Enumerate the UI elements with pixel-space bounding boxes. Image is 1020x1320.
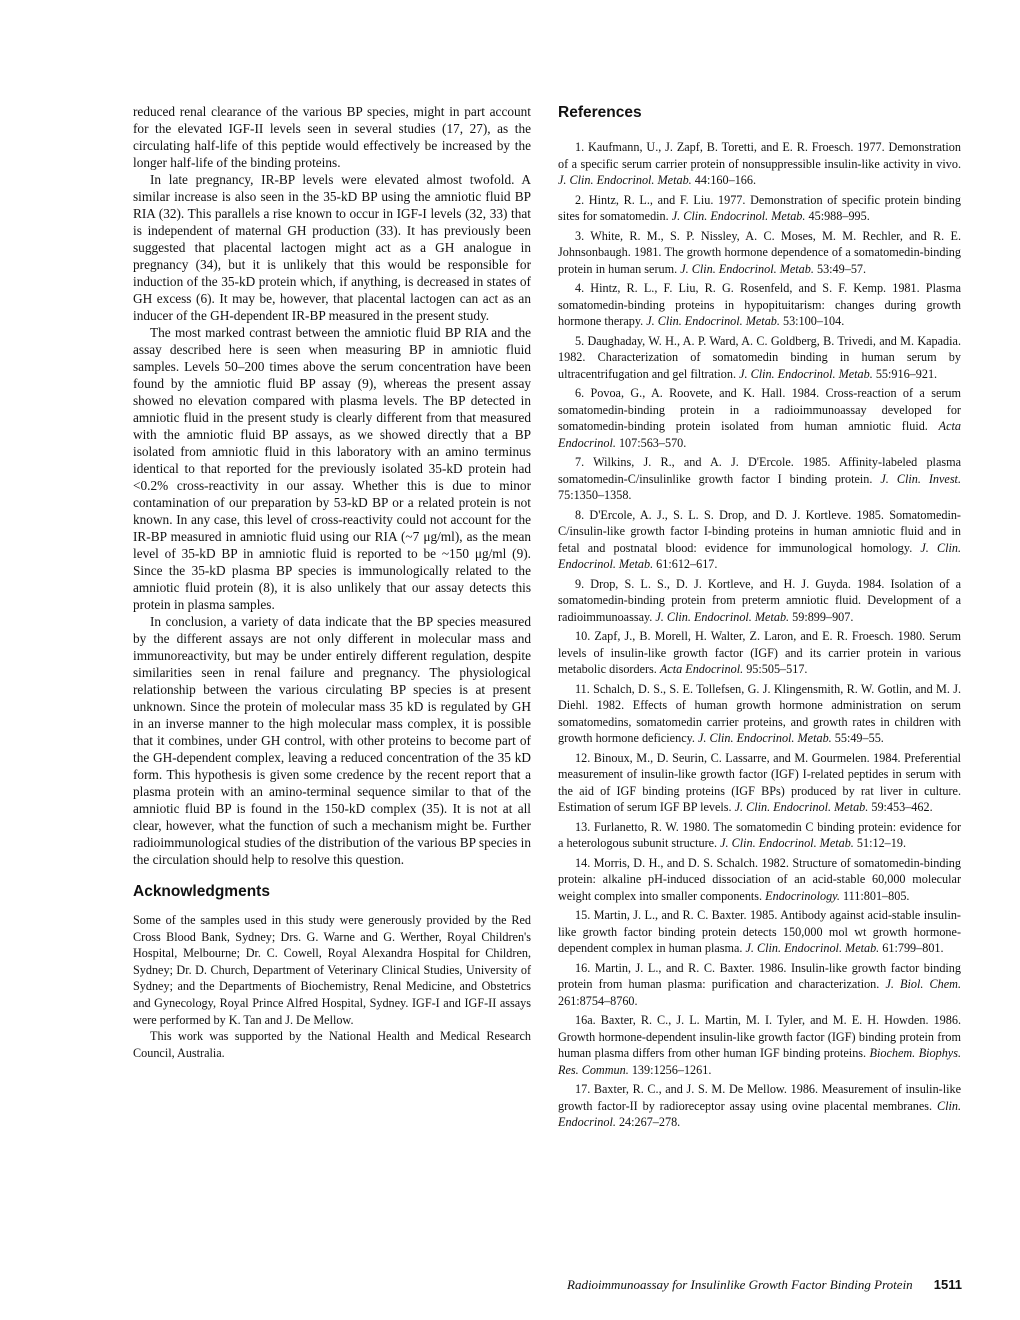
reference-item: 14. Morris, D. H., and D. S. Schalch. 19… xyxy=(558,855,961,905)
acknowledgments-paragraph: This work was supported by the National … xyxy=(133,1028,531,1061)
reference-item: 3. White, R. M., S. P. Nissley, A. C. Mo… xyxy=(558,228,961,278)
body-paragraph: The most marked contrast between the amn… xyxy=(133,324,531,613)
reference-item: 17. Baxter, R. C., and J. S. M. De Mello… xyxy=(558,1081,961,1131)
reference-item: 13. Furlanetto, R. W. 1980. The somatome… xyxy=(558,819,961,852)
reference-item: 9. Drop, S. L. S., D. J. Kortleve, and H… xyxy=(558,576,961,626)
reference-item: 5. Daughaday, W. H., A. P. Ward, A. C. G… xyxy=(558,333,961,383)
body-paragraph: In late pregnancy, IR-BP levels were ele… xyxy=(133,171,531,324)
references-heading: References xyxy=(558,103,961,123)
reference-item: 2. Hintz, R. L., and F. Liu. 1977. Demon… xyxy=(558,192,961,225)
page-footer: Radioimmunoassay for Insulinlike Growth … xyxy=(567,1277,962,1293)
reference-item: 7. Wilkins, J. R., and A. J. D'Ercole. 1… xyxy=(558,454,961,504)
reference-item: 16. Martin, J. L., and R. C. Baxter. 198… xyxy=(558,960,961,1010)
running-title: Radioimmunoassay for Insulinlike Growth … xyxy=(567,1277,913,1292)
acknowledgments-heading: Acknowledgments xyxy=(133,882,531,902)
body-paragraph: reduced renal clearance of the various B… xyxy=(133,103,531,171)
reference-item: 15. Martin, J. L., and R. C. Baxter. 198… xyxy=(558,907,961,957)
reference-item: 11. Schalch, D. S., S. E. Tollefsen, G. … xyxy=(558,681,961,747)
reference-item: 8. D'Ercole, A. J., S. L. S. Drop, and D… xyxy=(558,507,961,573)
reference-item: 6. Povoa, G., A. Roovete, and K. Hall. 1… xyxy=(558,385,961,451)
reference-item: 4. Hintz, R. L., F. Liu, R. G. Rosenfeld… xyxy=(558,280,961,330)
reference-item: 16a. Baxter, R. C., J. L. Martin, M. I. … xyxy=(558,1012,961,1078)
reference-item: 1. Kaufmann, U., J. Zapf, B. Toretti, an… xyxy=(558,139,961,189)
page-number: 1511 xyxy=(934,1277,962,1292)
references-list: 1. Kaufmann, U., J. Zapf, B. Toretti, an… xyxy=(558,139,961,1131)
reference-item: 12. Binoux, M., D. Seurin, C. Lassarre, … xyxy=(558,750,961,816)
body-paragraph: In conclusion, a variety of data indicat… xyxy=(133,613,531,868)
acknowledgments-section: Some of the samples used in this study w… xyxy=(133,912,531,1061)
reference-item: 10. Zapf, J., B. Morell, H. Walter, Z. L… xyxy=(558,628,961,678)
right-column: References 1. Kaufmann, U., J. Zapf, B. … xyxy=(558,103,961,1134)
left-column: reduced renal clearance of the various B… xyxy=(133,103,531,1061)
acknowledgments-paragraph: Some of the samples used in this study w… xyxy=(133,912,531,1028)
